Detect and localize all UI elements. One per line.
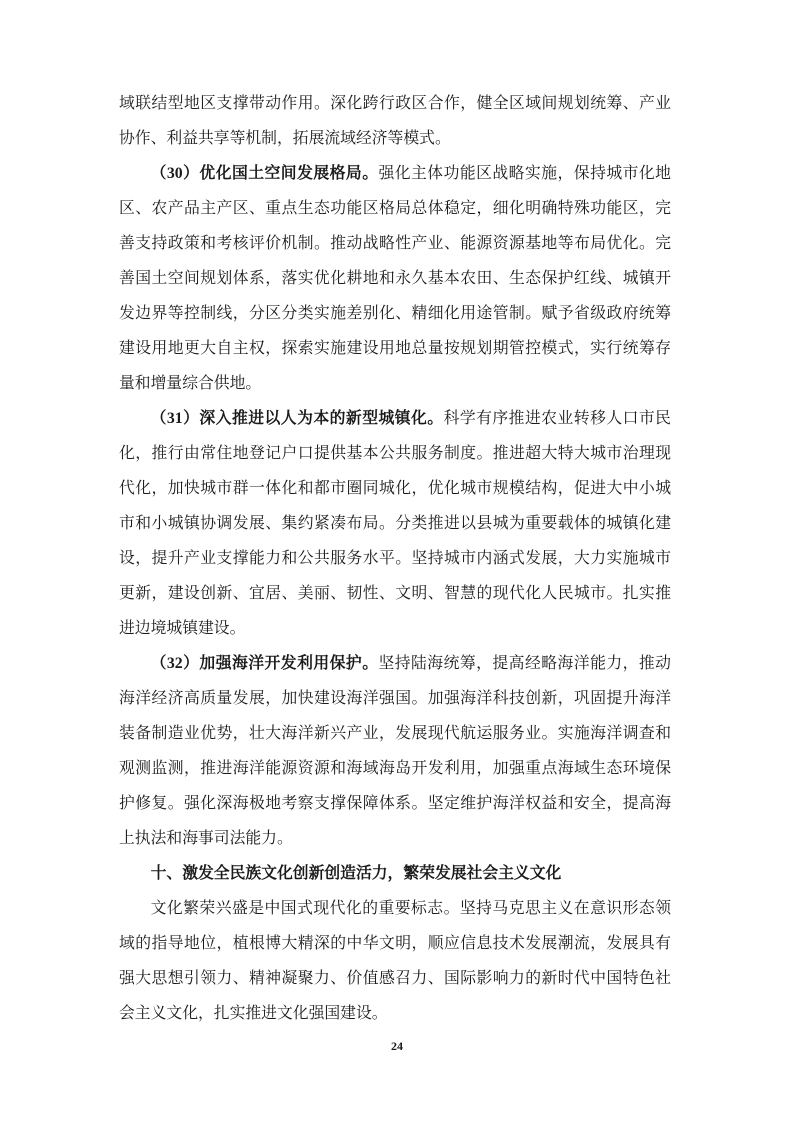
paragraph-culture-body: 文化繁荣兴盛是中国式现代化的重要标志。坚持马克思主义在意识形态领域的指导地位，植… <box>119 891 671 1031</box>
item-32-text: 坚持陆海统筹，提高经略海洋能力，推动海洋经济高质量发展，加快建设海洋强国。加强海… <box>119 655 671 847</box>
item-31-text: 科学有序推进农业转移人口市民化，推行由常住地登记户口提供基本公共服务制度。推进超… <box>119 410 671 637</box>
item-30-text: 强化主体功能区战略实施，保持城市化地区、农产品主产区、重点生态功能区格局总体稳定… <box>119 165 671 392</box>
section-10-heading-text: 十、激发全民族文化创新创造活力，繁荣发展社会主义文化 <box>151 865 562 882</box>
paragraph-item-31: （31）深入推进以人为本的新型城镇化。科学有序推进农业转移人口市民化，推行由常住… <box>119 401 671 646</box>
item-32-heading: （32）加强海洋开发利用保护。 <box>151 655 379 672</box>
paragraph-continuation: 域联结型地区支撑带动作用。深化跨行政区合作，健全区域间规划统筹、产业协作、利益共… <box>119 86 671 156</box>
item-31-heading: （31）深入推进以人为本的新型城镇化。 <box>151 410 444 427</box>
text-block: 域联结型地区支撑带动作用。深化跨行政区合作，健全区域间规划统筹、产业协作、利益共… <box>119 86 671 1031</box>
paragraph-culture-text: 文化繁荣兴盛是中国式现代化的重要标志。坚持马克思主义在意识形态领域的指导地位，植… <box>119 900 671 1022</box>
item-30-heading: （30）优化国土空间发展格局。 <box>151 165 379 182</box>
paragraph-item-32: （32）加强海洋开发利用保护。坚持陆海统筹，提高经略海洋能力，推动海洋经济高质量… <box>119 646 671 856</box>
paragraph-item-30: （30）优化国土空间发展格局。强化主体功能区战略实施，保持城市化地区、农产品主产… <box>119 156 671 401</box>
document-page: 域联结型地区支撑带动作用。深化跨行政区合作，健全区域间规划统筹、产业协作、利益共… <box>0 0 794 1123</box>
paragraph-continuation-text: 域联结型地区支撑带动作用。深化跨行政区合作，健全区域间规划统筹、产业协作、利益共… <box>119 95 671 147</box>
section-10-heading: 十、激发全民族文化创新创造活力，繁荣发展社会主义文化 <box>119 856 671 891</box>
page-number: 24 <box>0 1039 794 1054</box>
